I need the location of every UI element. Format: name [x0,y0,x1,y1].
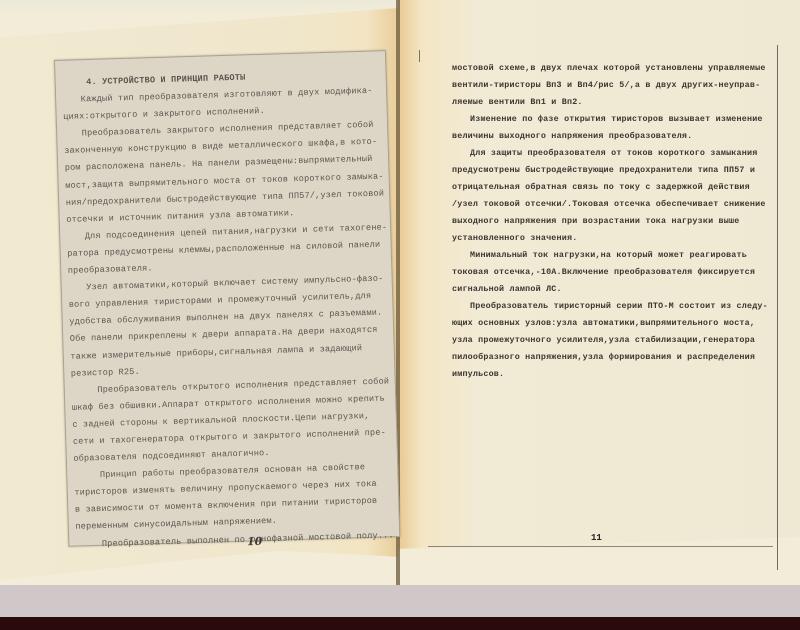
text-line: импульсов. [452,366,772,383]
text-line: выходного напряжения при возрастании ток… [452,213,772,230]
text-line: токовая отсечка,-10А.Включение преобразо… [452,264,772,281]
right-page-number: 11 [591,533,602,543]
margin-mark [419,50,420,62]
text-line: ющих основных узлов:узла автоматики,выпр… [452,315,772,332]
scanner-bed-dark [0,617,800,630]
text-line: ляемые вентили Вп1 и Вп2. [452,94,772,111]
text-line: величины выходного напряжения преобразов… [452,128,772,145]
text-line: мостовой схеме,в двух плечах которой уст… [452,60,772,77]
text-line: Преобразователь тиристорный серии ПТО-М … [452,298,772,315]
text-line: предусмотрены быстродействующие предохра… [452,162,772,179]
right-page-text: мостовой схеме,в двух плечах которой уст… [452,60,772,383]
text-line: вентили-тиристоры Вп3 и Вп4/рис 5/,а в д… [452,77,772,94]
text-line: Изменение по фазе открытия тиристоров вы… [452,111,772,128]
left-page-number: 10 [247,535,263,548]
right-margin-line [777,45,778,570]
text-line: /узел токовой отсечки/.Токовая отсечка о… [452,196,772,213]
scanner-bed-gray [0,585,800,618]
text-line: пилообразного напряжения,узла формирован… [452,349,772,366]
left-page-text: 4. УСТРОЙСТВО И ПРИНЦИП РАБОТЫ Каждый ти… [62,65,406,553]
bottom-rule [428,546,773,547]
text-line: сигнальной лампой ЛС. [452,281,772,298]
text-line: установленного значения. [452,230,772,247]
text-line: Минимальный ток нагрузки,на который може… [452,247,772,264]
text-line: Для защиты преобразователя от токов коро… [452,145,772,162]
text-line: узла промежуточного усилителя,узла стаби… [452,332,772,349]
text-line: отрицательная обратная связь по току с з… [452,179,772,196]
